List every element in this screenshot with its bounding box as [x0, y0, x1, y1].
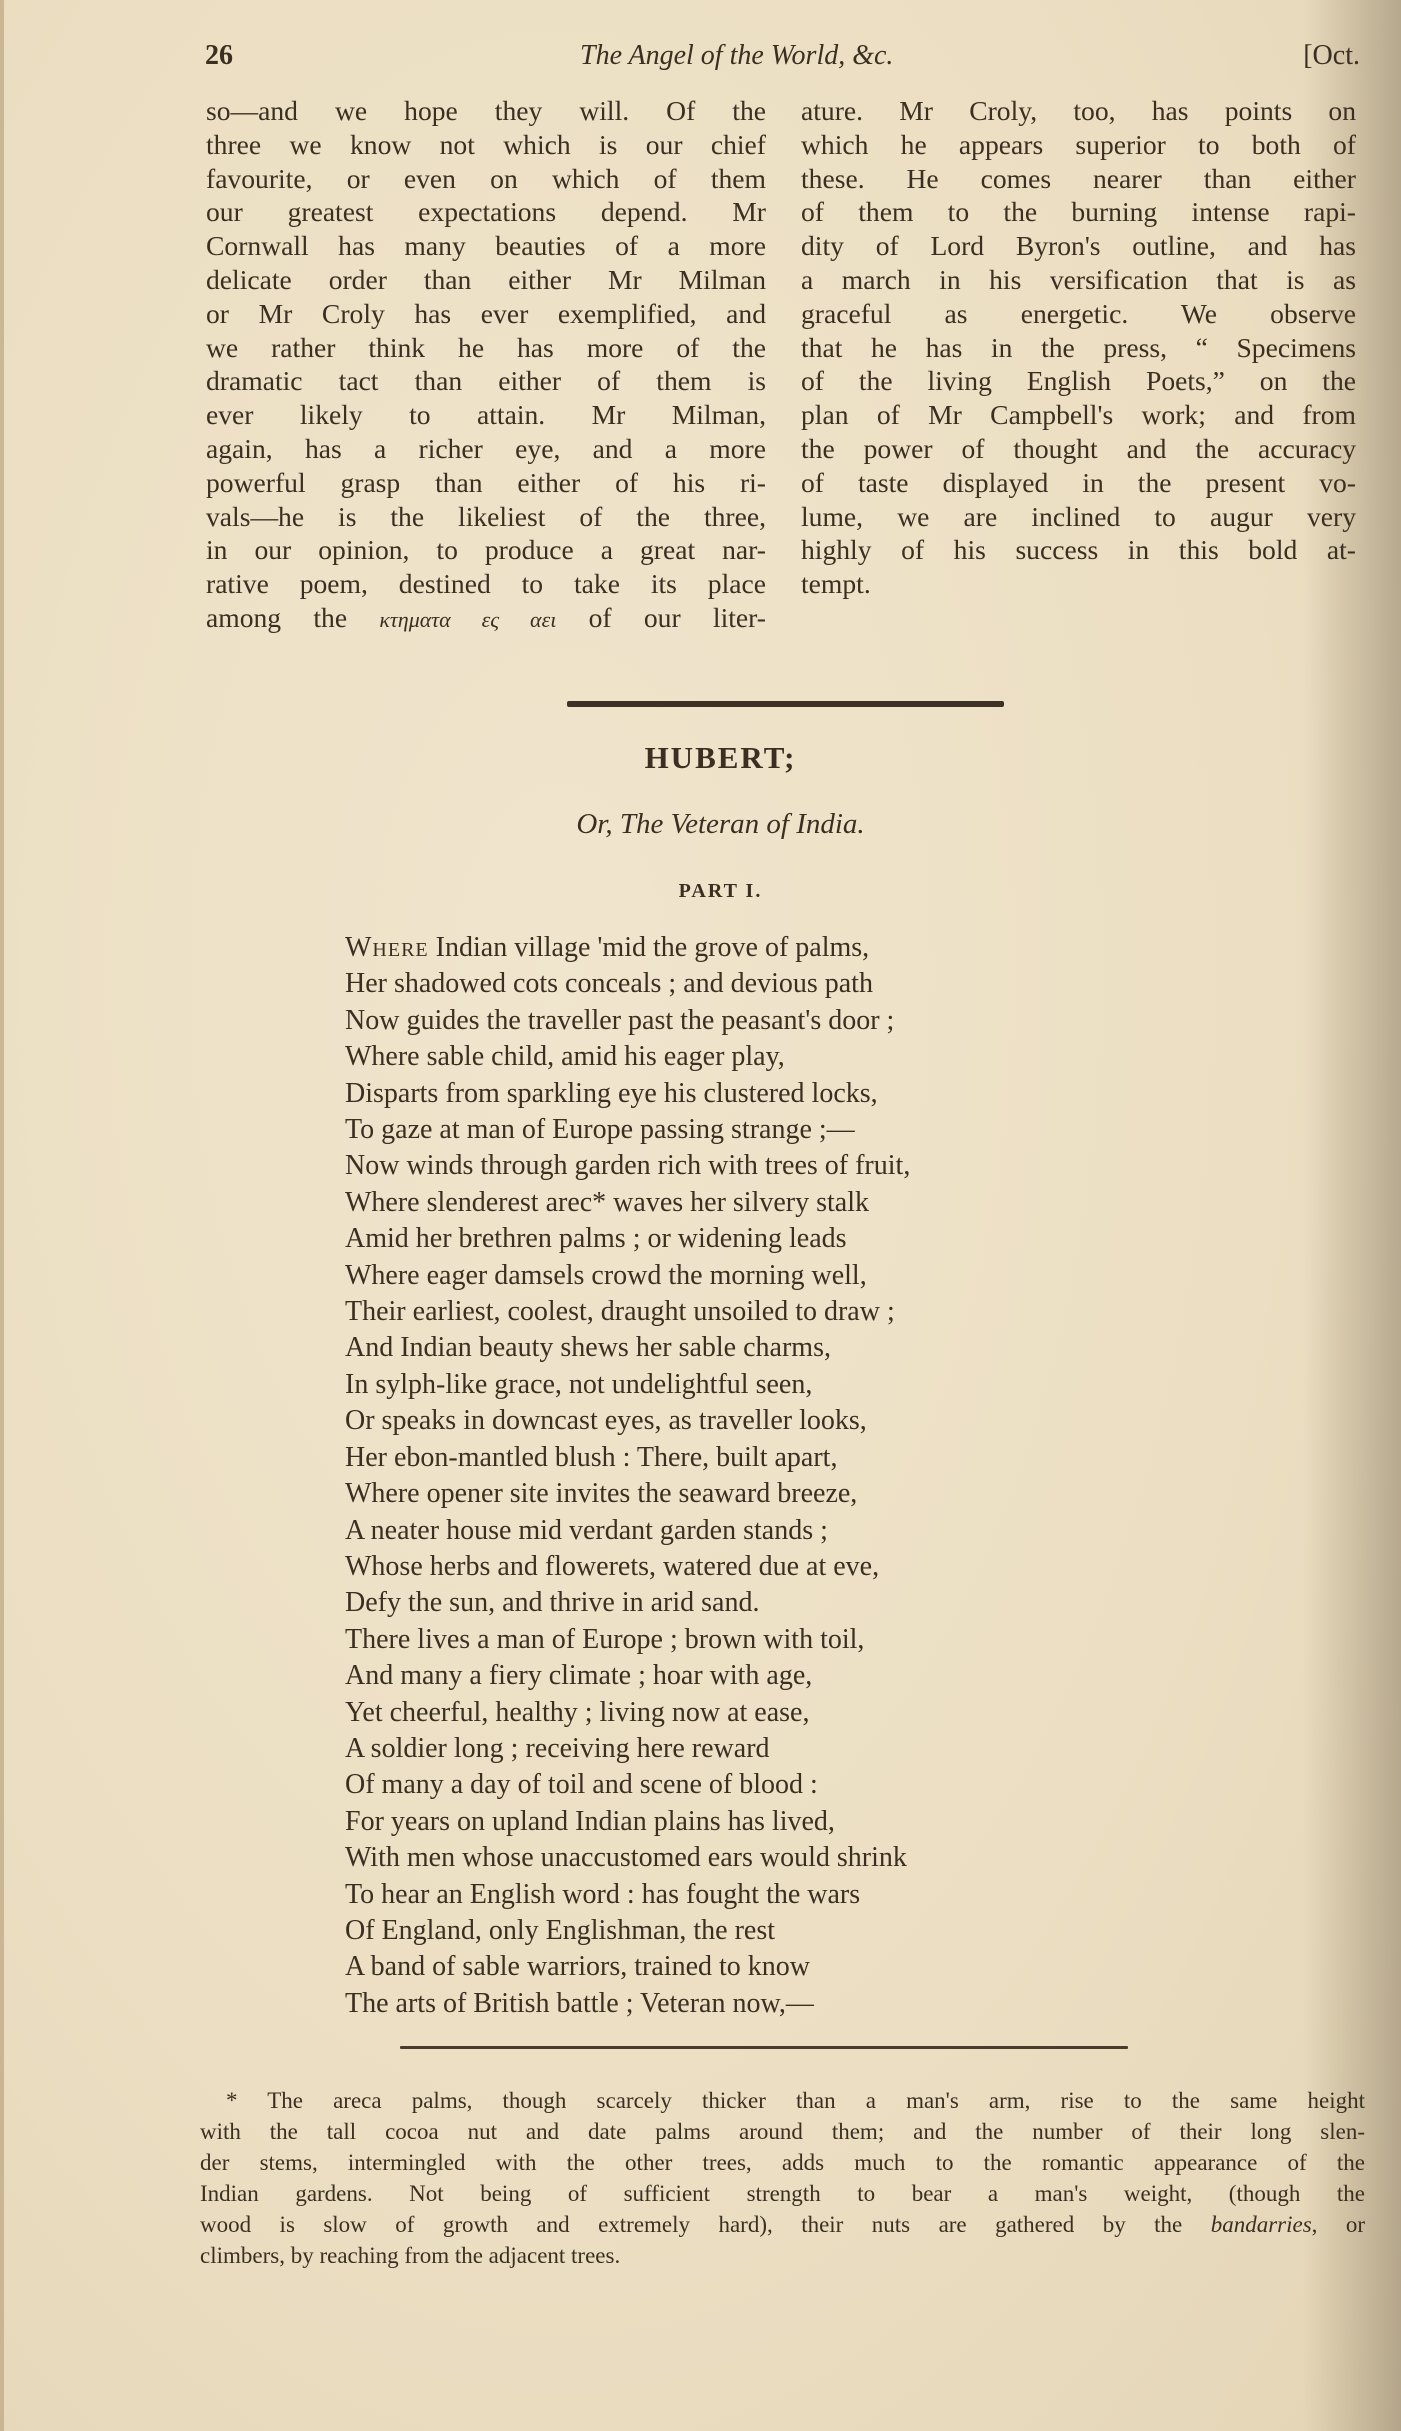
verse-line: Of many a day of toil and scene of blood…: [345, 1767, 1145, 1803]
greek-phrase: κτηματα ες αει: [379, 607, 556, 632]
footnote-line: with the tall cocoa nut and date palms a…: [200, 2116, 1365, 2147]
verse-line: A band of sable warriors, trained to kno…: [345, 1949, 1145, 1985]
running-head: 26 The Angel of the World, &c. [Oct.: [205, 40, 1360, 80]
verse-line: Now winds through garden rich with trees…: [345, 1148, 1145, 1184]
verse-line: Her ebon-mantled blush : There, built ap…: [345, 1440, 1145, 1476]
text-line: dity of Lord Byron's outline, and has: [801, 229, 1356, 263]
verse-line: Now guides the traveller past the peasan…: [345, 1003, 1145, 1039]
verse-line: A soldier long ; receiving here reward: [345, 1731, 1145, 1767]
text-line: Cornwall has many beauties of a more: [206, 229, 766, 263]
text-line: dramatic tact than either of them is: [206, 364, 766, 398]
text-line: that he has in the press, “ Specimens: [801, 331, 1356, 365]
verse-line: Or speaks in downcast eyes, as traveller…: [345, 1403, 1145, 1439]
text-line: a march in his versification that is as: [801, 263, 1356, 297]
text-run: wood is slow of growth and extremely har…: [200, 2212, 1211, 2237]
text-line: or Mr Croly has ever exemplified, and: [206, 297, 766, 331]
verse-line: The arts of British battle ; Veteran now…: [345, 1986, 1145, 2022]
text-line: highly of his success in this bold at-: [801, 533, 1356, 567]
verse-line: Their earliest, coolest, draught unsoile…: [345, 1294, 1145, 1330]
text-run: of our liter-: [556, 602, 766, 633]
text-line: the power of thought and the accuracy: [801, 432, 1356, 466]
text-line: ever likely to attain. Mr Milman,: [206, 398, 766, 432]
verse-line: And many a fiery climate ; hoar with age…: [345, 1658, 1145, 1694]
text-run: Indian village 'mid the grove of palms,: [429, 932, 870, 963]
footnote-divider: [400, 2046, 1128, 2049]
text-line: rative poem, destined to take its place: [206, 567, 766, 601]
italic-term: bandarries: [1211, 2212, 1312, 2237]
text-line: of the living English Poets,” on the: [801, 364, 1356, 398]
text-line: powerful grasp than either of his ri-: [206, 466, 766, 500]
review-text: so—and we hope they will. Of the three w…: [206, 94, 1356, 654]
text-line: among the κτηματα ες αει of our liter-: [206, 601, 766, 637]
verse-line: Where sable child, amid his eager play,: [345, 1039, 1145, 1075]
text-line: plan of Mr Campbell's work; and from: [801, 398, 1356, 432]
part-heading: PART I.: [0, 880, 1401, 903]
page-edge: [0, 0, 4, 2431]
verse-line: For years on upland Indian plains has li…: [345, 1804, 1145, 1840]
left-column: so—and we hope they will. Of the three w…: [206, 94, 766, 637]
verse-line: To hear an English word : has fought the…: [345, 1877, 1145, 1913]
footnote-line: der stems, intermingled with the other t…: [200, 2147, 1365, 2178]
footnote: * The areca palms, though scarcely thick…: [200, 2085, 1365, 2271]
verse-line: Yet cheerful, healthy ; living now at ea…: [345, 1695, 1145, 1731]
text-run: among the: [206, 602, 379, 633]
verse-line: With men whose unaccustomed ears would s…: [345, 1840, 1145, 1876]
text-line: which he appears superior to both of: [801, 128, 1356, 162]
text-line: of taste displayed in the present vo-: [801, 466, 1356, 500]
verse-line: And Indian beauty shews her sable charms…: [345, 1330, 1145, 1366]
text-line: favourite, or even on which of them: [206, 162, 766, 196]
text-line: lume, we are inclined to augur very: [801, 500, 1356, 534]
verse-line: Where slenderest arec* waves her silvery…: [345, 1185, 1145, 1221]
verse-line: Defy the sun, and thrive in arid sand.: [345, 1585, 1145, 1621]
text-line: again, has a richer eye, and a more: [206, 432, 766, 466]
text-line: delicate order than either Mr Milman: [206, 263, 766, 297]
text-line: our greatest expectations depend. Mr: [206, 195, 766, 229]
verse-line: Disparts from sparkling eye his clustere…: [345, 1076, 1145, 1112]
verse-line: Amid her brethren palms ; or widening le…: [345, 1221, 1145, 1257]
text-line: of them to the burning intense rapi-: [801, 195, 1356, 229]
verse-line: There lives a man of Europe ; brown with…: [345, 1622, 1145, 1658]
text-line: we rather think he has more of the: [206, 331, 766, 365]
text-line: ature. Mr Croly, too, has points on: [801, 94, 1356, 128]
text-line: these. He comes nearer than either: [801, 162, 1356, 196]
verse-line: Her shadowed cots conceals ; and devious…: [345, 966, 1145, 1002]
text-line: three we know not which is our chief: [206, 128, 766, 162]
text-line: vals—he is the likeliest of the three,: [206, 500, 766, 534]
verse-line: Whose herbs and flowerets, watered due a…: [345, 1549, 1145, 1585]
text-line: in our opinion, to produce a great nar-: [206, 533, 766, 567]
verse-line: Of England, only Englishman, the rest: [345, 1913, 1145, 1949]
verse-line: A neater house mid verdant garden stands…: [345, 1513, 1145, 1549]
verse-line: In sylph-like grace, not undelightful se…: [345, 1367, 1145, 1403]
text-run: , or: [1312, 2212, 1365, 2237]
page-number: 26: [205, 40, 233, 72]
drop-word: Where: [345, 932, 429, 963]
footnote-line: climbers, by reaching from the adjacent …: [200, 2240, 1365, 2271]
footnote-line: * The areca palms, though scarcely thick…: [200, 2085, 1365, 2116]
text-line: tempt.: [801, 567, 1356, 601]
footnote-line: wood is slow of growth and extremely har…: [200, 2209, 1365, 2240]
poem-title: HUBERT;: [0, 740, 1401, 776]
section-divider: [567, 701, 1004, 707]
footnote-line: Indian gardens. Not being of sufficient …: [200, 2178, 1365, 2209]
text-line: so—and we hope they will. Of the: [206, 94, 766, 128]
poem-body: Where Indian village 'mid the grove of p…: [345, 930, 1145, 2022]
right-column: ature. Mr Croly, too, has points on whic…: [801, 94, 1356, 601]
running-title: The Angel of the World, &c.: [580, 40, 893, 72]
verse-line: Where Indian village 'mid the grove of p…: [345, 930, 1145, 966]
verse-line: Where opener site invites the seaward br…: [345, 1476, 1145, 1512]
book-page: 26 The Angel of the World, &c. [Oct. so—…: [0, 0, 1401, 2431]
verse-line: To gaze at man of Europe passing strange…: [345, 1112, 1145, 1148]
text-line: graceful as energetic. We observe: [801, 297, 1356, 331]
poem-subtitle: Or, The Veteran of India.: [0, 808, 1401, 841]
running-month: [Oct.: [1303, 40, 1360, 72]
verse-line: Where eager damsels crowd the morning we…: [345, 1258, 1145, 1294]
